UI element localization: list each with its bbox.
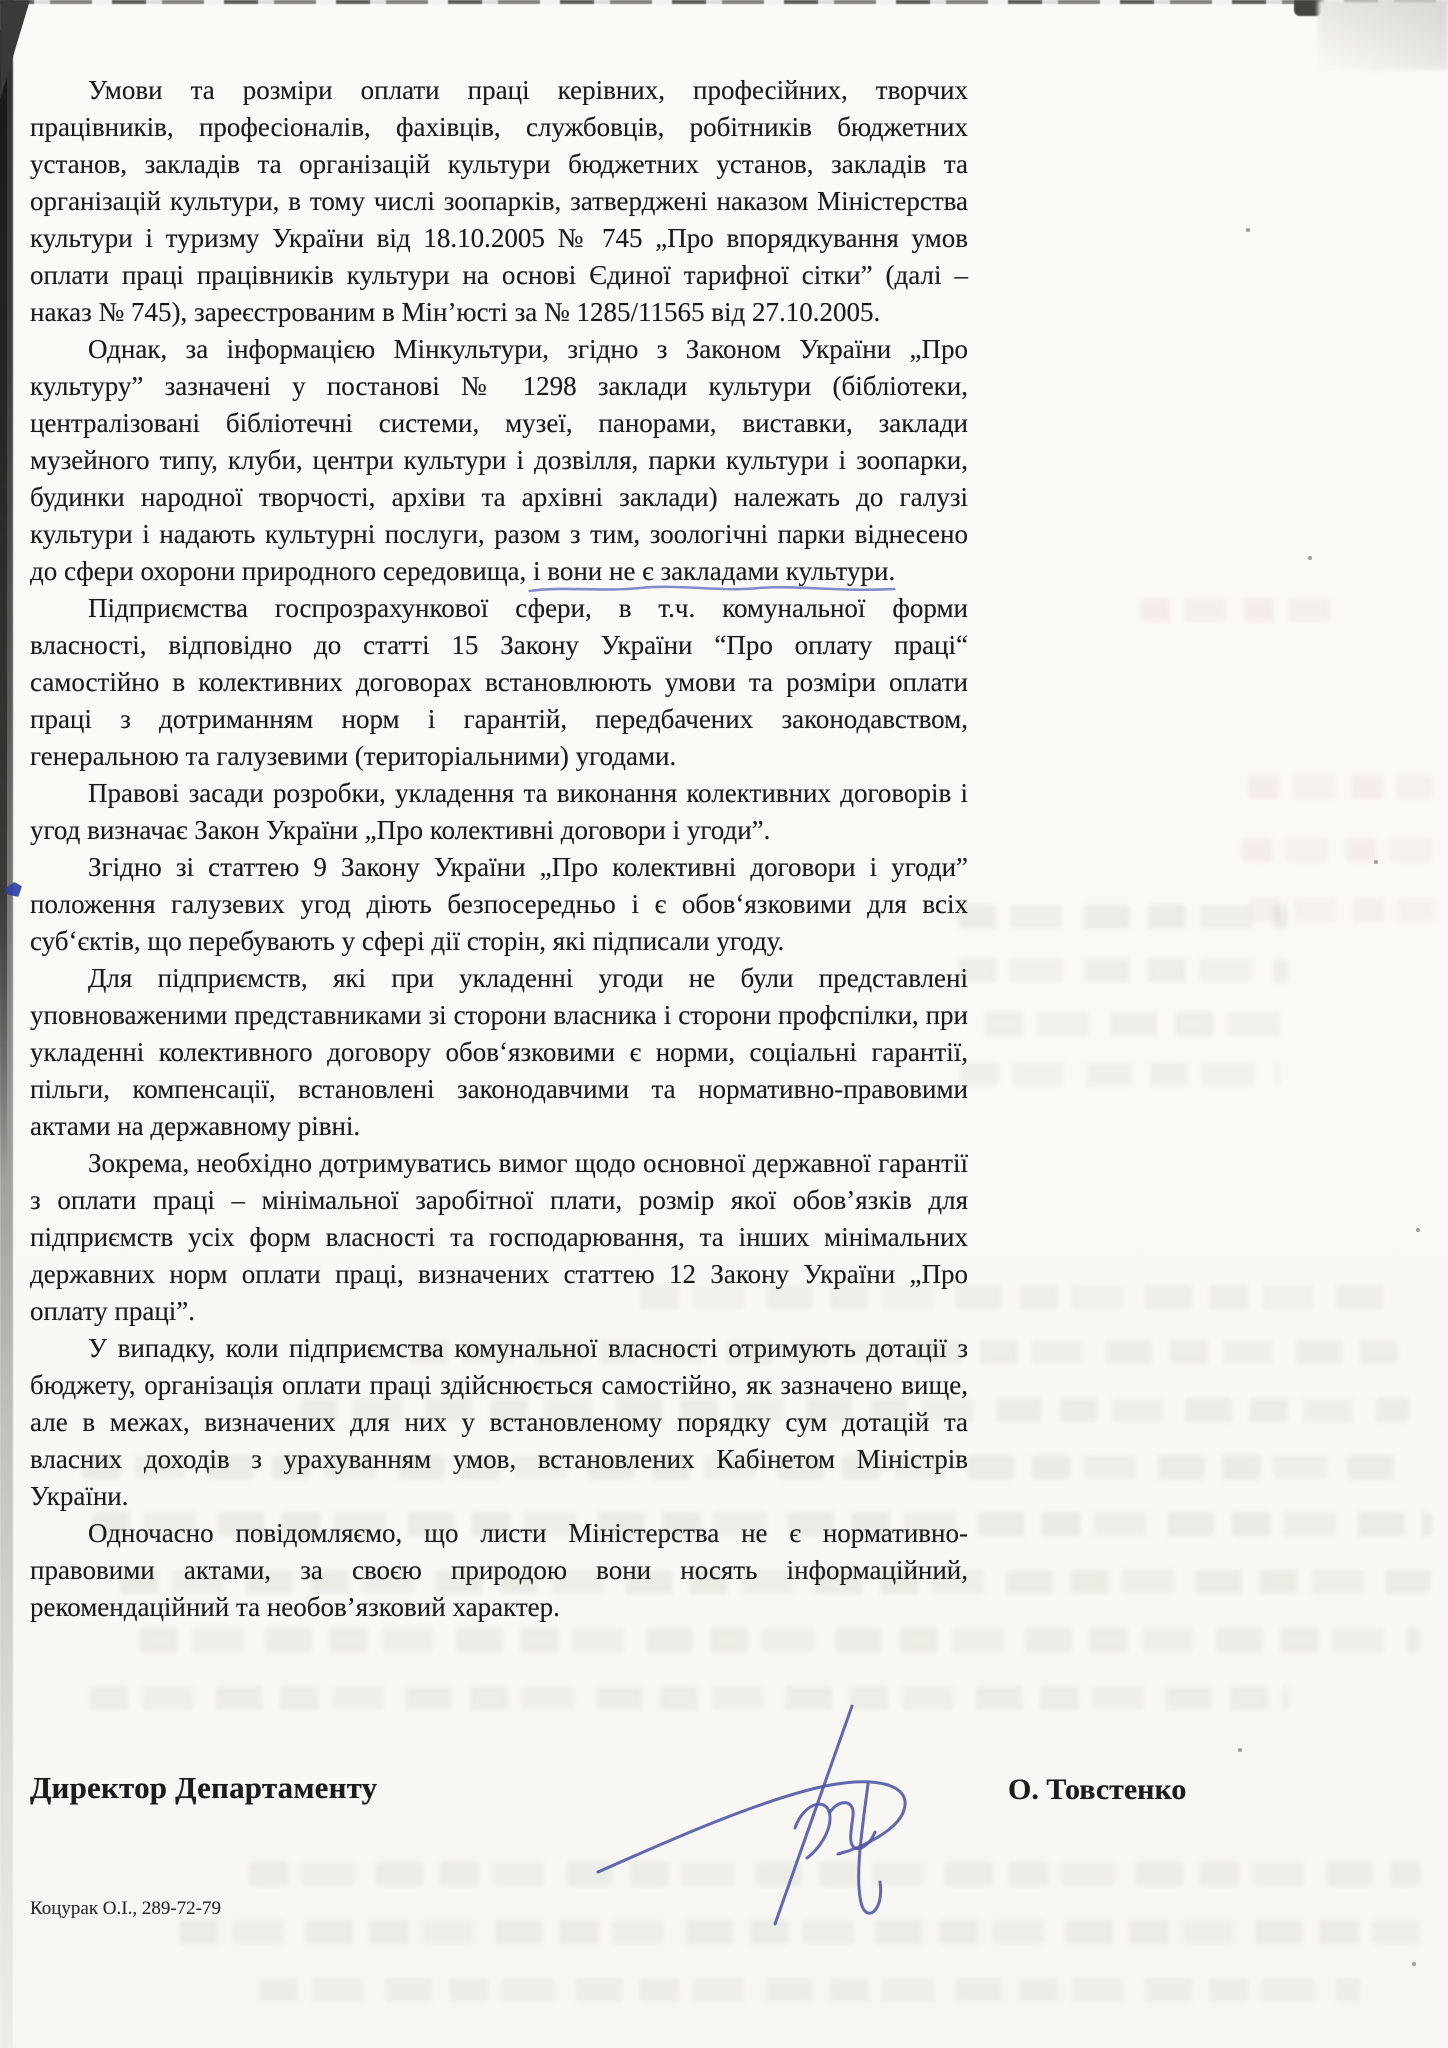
paragraph-2-underlined-text: і вони не є закладами культури: [533, 556, 888, 586]
dust-speck: [1238, 1748, 1242, 1752]
paragraph-4: Правові засади розробки, укладення та ви…: [30, 775, 968, 849]
document-page: Умови та розміри оплати праці керівних, …: [0, 0, 1448, 2048]
bleed-through-artifact: [260, 1978, 1360, 2002]
paragraph-3: Підприємства госпрозрахункової сфери, в …: [30, 590, 968, 775]
dust-speck: [1416, 1228, 1420, 1232]
handwritten-signature: [590, 1700, 940, 1930]
dust-speck: [1308, 556, 1312, 560]
footer-contact: Коцурак О.І., 289-72-79: [30, 1898, 221, 1920]
pen-underlined-phrase: і вони не є закладами культури: [533, 556, 888, 586]
signatory-name: О. Товстенко: [1008, 1773, 1186, 1807]
scan-edge-left-dark: [0, 30, 7, 1180]
scan-edge-top: [0, 0, 1448, 4]
bleed-through-artifact: [140, 1628, 1420, 1652]
dust-speck: [1412, 1962, 1416, 1966]
bleed-through-artifact: [1248, 775, 1433, 799]
paragraph-2-text: Однак, за інформацією Мінкультури, згідн…: [30, 334, 968, 586]
letter-body: Умови та розміри оплати праці керівних, …: [30, 72, 968, 1626]
bleed-through-artifact: [958, 958, 1288, 982]
signatory-title: Директор Департаменту: [30, 1770, 377, 1806]
paragraph-2: Однак, за інформацією Мінкультури, згідн…: [30, 331, 968, 590]
paragraph-6: Для підприємств, які при укладенні угоди…: [30, 960, 968, 1145]
bleed-through-artifact: [958, 905, 1288, 929]
paragraph-5: Згідно зі статтею 9 Закону України „Про …: [30, 849, 968, 960]
paragraph-1: Умови та розміри оплати праці керівних, …: [30, 72, 968, 331]
paragraph-8: У випадку, коли підприємства комунальної…: [30, 1330, 968, 1515]
scan-corner-top-right: [1318, 0, 1448, 70]
dust-speck: [1246, 228, 1250, 232]
bleed-through-artifact: [985, 1012, 1285, 1036]
dust-speck: [1374, 860, 1378, 864]
paragraph-9: Одночасно повідомляємо, що листи Міністе…: [30, 1515, 968, 1626]
bleed-through-artifact: [1250, 898, 1435, 922]
paragraph-2-text-end: .: [888, 556, 895, 586]
scan-corner-top-left: [0, 0, 30, 100]
bleed-through-artifact: [1140, 598, 1340, 622]
paragraph-7: Зокрема, необхідно дотримуватись вимог щ…: [30, 1145, 968, 1330]
bleed-through-artifact: [960, 1062, 1280, 1086]
bleed-through-artifact: [1242, 838, 1437, 862]
